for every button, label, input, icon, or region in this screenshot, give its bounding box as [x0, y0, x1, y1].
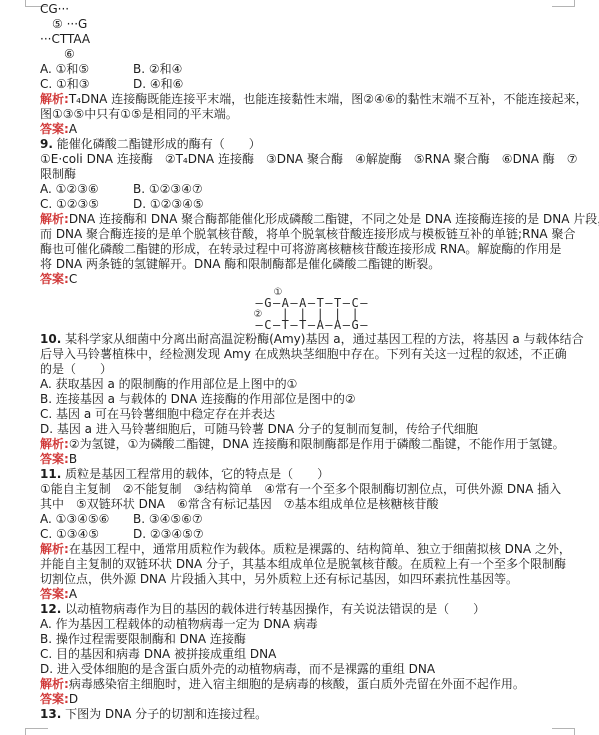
question-number: 9. — [40, 137, 53, 151]
line-text: A. 获取基因 a 的限制酶的作用部位是上图中的① — [40, 377, 297, 391]
red-label: 答案: — [40, 692, 69, 706]
text-line: 13. 下图为 DNA 分子的切割和连接过程。 — [40, 707, 585, 722]
text-line: A. ①②③⑥B. ①②③④⑦ — [40, 182, 585, 197]
text-line: 后导入马铃薯植株中，经检测发现 Amy 在成熟块茎细胞中存在。下列有关这一过程的… — [40, 347, 585, 362]
text-line: ⑤ ···G — [40, 17, 585, 32]
text-line: A. ①和⑤B. ②和④ — [40, 62, 585, 77]
line-text: ⑤ ···G — [40, 17, 87, 31]
text-line: ①能自主复制 ②不能复制 ③结构简单 ④常有一个至多个限制酶切割位点，可供外源 … — [40, 482, 585, 497]
line-text: 切割位点，供外源 DNA 片段插入其中，另外质粒上还有标记基因，如四环素抗性基因… — [40, 572, 518, 586]
option-column: C. ①和③ — [40, 77, 133, 92]
option-column: C. ①③④⑤ — [40, 527, 133, 542]
text-line: 答案:A — [40, 587, 585, 602]
text-line: 答案:B — [40, 452, 585, 467]
line-text: B. ①②③④⑦ — [133, 182, 203, 196]
text-line: 切割位点，供外源 DNA 片段插入其中，另外质粒上还有标记基因，如四环素抗性基因… — [40, 572, 585, 587]
text-line: A. 作为基因工程载体的动植物病毒一定为 DNA 病毒 — [40, 617, 585, 632]
question-number: 12. — [40, 602, 61, 616]
text-line: 限制酶 — [40, 167, 585, 182]
text-line: 并能自主复制的双链环状 DNA 分子，其基本组成单位是脱氧核苷酸。在质粒上有一个… — [40, 557, 585, 572]
text-line: B. 操作过程需要限制酶和 DNA 连接酶 — [40, 632, 585, 647]
line-text: B — [69, 452, 77, 466]
line-text: 其中 ⑤双链环状 DNA ⑥常含有标记基因 ⑦基本组成单位是核糖核苷酸 — [40, 497, 439, 511]
text-line: 而 DNA 聚合酶连接的是单个脱氧核苷酸，将单个脱氧核苷酸连接形成与模板链互补的… — [40, 227, 585, 242]
line-text: 图①③⑤中只有①⑤是相同的平末端。 — [40, 107, 238, 121]
line-text: T₄DNA 连接酶既能连接平末端，也能连接黏性末端，图②④⑥的黏性末端不互补，不… — [69, 92, 588, 106]
text-line: D. 进入受体细胞的是含蛋白质外壳的动植物病毒，而不是裸露的重组 DNA — [40, 662, 585, 677]
line-text: C. 基因 a 可在马铃薯细胞中稳定存在并表达 — [40, 407, 275, 421]
line-text: D — [69, 692, 78, 706]
red-label: 解析: — [40, 677, 69, 691]
line-text: A. 作为基因工程载体的动植物病毒一定为 DNA 病毒 — [40, 617, 318, 631]
option-column: A. ①②③⑥ — [40, 182, 133, 197]
question-number: 13. — [40, 707, 61, 721]
red-label: 答案: — [40, 452, 69, 466]
text-line: 10. 某科学家从细菌中分离出耐高温淀粉酶(Amy)基因 a，通过基因工程的方法… — [40, 332, 585, 347]
text-line: C. ①③④⑤D. ②③④⑤⑦ — [40, 527, 585, 542]
line-text: C — [69, 272, 77, 286]
line-text: D. ④和⑥ — [133, 77, 183, 91]
question-number: 10. — [40, 332, 61, 346]
line-text: D. 进入受体细胞的是含蛋白质外壳的动植物病毒，而不是裸露的重组 DNA — [40, 662, 435, 676]
line-text: 的是（ ） — [40, 362, 112, 376]
text-line: CG··· — [40, 2, 585, 17]
text-line: ①E·coli DNA 连接酶 ②T₄DNA 连接酶 ③DNA 聚合酶 ④解旋酶… — [40, 152, 585, 167]
line-text: 某科学家从细菌中分离出耐高温淀粉酶(Amy)基因 a，通过基因工程的方法，将基因… — [61, 332, 583, 346]
text-line: 图①③⑤中只有①⑤是相同的平末端。 — [40, 107, 585, 122]
text-line: 9. 能催化磷酸二酯键形成的酶有（ ） — [40, 137, 585, 152]
page-corner-mark-bottom-left — [25, 728, 48, 735]
text-line: 的是（ ） — [40, 362, 585, 377]
line-text: ⑥ — [40, 47, 75, 61]
line-text: 酶也可催化磷酸二酯键的形成，在转录过程中可将游离核糖核苷酸连接形成 RNA。解旋… — [40, 242, 561, 256]
text-line: 11. 质粒是基因工程常用的载体，它的特点是（ ） — [40, 467, 585, 482]
line-text: C. 目的基因和病毒 DNA 被拼接成重组 DNA — [40, 647, 276, 661]
line-text: A — [69, 122, 77, 136]
red-label: 答案: — [40, 587, 69, 601]
line-text: ①能自主复制 ②不能复制 ③结构简单 ④常有一个至多个限制酶切割位点，可供外源 … — [40, 482, 561, 496]
text-line: 答案:C — [40, 272, 585, 287]
line-text: B. ③④⑤⑥⑦ — [133, 512, 203, 526]
text-line: 答案:A — [40, 122, 585, 137]
option-column: A. ①和⑤ — [40, 62, 133, 77]
line-text: ②为氢键，①为磷酸二酯键，DNA 连接酶和限制酶都是作用于磷酸二酯键，不能作用于… — [69, 437, 565, 451]
line-text: 在基因工程中，通常用质粒作为载体。质粒是裸露的、结构简单、独立于细菌拟核 DNA… — [69, 542, 571, 556]
line-text: CG··· — [40, 2, 69, 16]
text-line: 解析:T₄DNA 连接酶既能连接平末端，也能连接黏性末端，图②④⑥的黏性末端不互… — [40, 92, 585, 107]
option-column: A. ①③④⑤⑥ — [40, 512, 133, 527]
line-text: 而 DNA 聚合酶连接的是单个脱氧核苷酸，将单个脱氧核苷酸连接形成与模板链互补的… — [40, 227, 575, 241]
text-line: B. 连接基因 a 与载体的 DNA 连接酶的作用部位是图中的② — [40, 392, 585, 407]
text-line: 将 DNA 两条链的氢键解开。DNA 酶和限制酶都是催化磷酸二酯键的断裂。 — [40, 257, 585, 272]
line-text: ①E·coli DNA 连接酶 ②T₄DNA 连接酶 ③DNA 聚合酶 ④解旋酶… — [40, 152, 578, 166]
text-line: A. 获取基因 a 的限制酶的作用部位是上图中的① — [40, 377, 585, 392]
line-text: 病毒感染宿主细胞时，进入宿主细胞的是病毒的核酸，蛋白质外壳留在外面不起作用。 — [69, 677, 525, 691]
text-line: 答案:D — [40, 692, 585, 707]
line-text: B. 操作过程需要限制酶和 DNA 连接酶 — [40, 632, 246, 646]
question-block-upper: CG··· ⑤ ···G···CTTAA ⑥A. ①和⑤B. ②和④C. ①和③… — [40, 2, 585, 287]
document-page: CG··· ⑤ ···G···CTTAA ⑥A. ①和⑤B. ②和④C. ①和③… — [40, 2, 585, 722]
line-text: D. 基因 a 进入马铃薯细胞后，可随马铃薯 DNA 分子的复制而复制，传给子代… — [40, 422, 478, 436]
line-text: A — [69, 587, 77, 601]
red-label: 解析: — [40, 437, 69, 451]
line-text: D. ②③④⑤⑦ — [133, 527, 204, 541]
text-line: C. 目的基因和病毒 DNA 被拼接成重组 DNA — [40, 647, 585, 662]
text-line: ···CTTAA — [40, 32, 585, 47]
red-label: 解析: — [40, 542, 69, 556]
text-line: 解析:②为氢键，①为磷酸二酯键，DNA 连接酶和限制酶都是作用于磷酸二酯键，不能… — [40, 437, 585, 452]
dna-bottom-strand: —C—T—T—A—A—G— — [256, 320, 369, 331]
question-number: 11. — [40, 467, 61, 481]
text-line: 解析:病毒感染宿主细胞时，进入宿主细胞的是病毒的核酸，蛋白质外壳留在外面不起作用… — [40, 677, 585, 692]
dna-diagram: ① ② —G—A—A—T—T—C— | | | | | —C—T—T—A—A—G… — [248, 288, 378, 332]
text-line: 12. 以动植物病毒作为目的基因的载体进行转基因操作，有关说法错误的是（ ） — [40, 602, 585, 617]
red-label: 答案: — [40, 122, 69, 136]
text-line: 其中 ⑤双链环状 DNA ⑥常含有标记基因 ⑦基本组成单位是核糖核苷酸 — [40, 497, 585, 512]
line-text: B. ②和④ — [133, 62, 182, 76]
question-block-lower: 10. 某科学家从细菌中分离出耐高温淀粉酶(Amy)基因 a，通过基因工程的方法… — [40, 332, 585, 722]
line-text: 将 DNA 两条链的氢键解开。DNA 酶和限制酶都是催化磷酸二酯键的断裂。 — [40, 257, 440, 271]
text-line: 解析:在基因工程中，通常用质粒作为载体。质粒是裸露的、结构简单、独立于细菌拟核 … — [40, 542, 585, 557]
text-line: C. 基因 a 可在马铃薯细胞中稳定存在并表达 — [40, 407, 585, 422]
text-line: C. ①和③D. ④和⑥ — [40, 77, 585, 92]
text-line: 解析:DNA 连接酶和 DNA 聚合酶都能催化形成磷酸二酯键，不同之处是 DNA… — [40, 212, 585, 227]
text-line: ⑥ — [40, 47, 585, 62]
option-column: C. ①②③⑤ — [40, 197, 133, 212]
red-label: 解析: — [40, 92, 69, 106]
line-text: 质粒是基因工程常用的载体，它的特点是（ ） — [61, 467, 329, 481]
text-line: D. 基因 a 进入马铃薯细胞后，可随马铃薯 DNA 分子的复制而复制，传给子代… — [40, 422, 585, 437]
line-text: DNA 连接酶和 DNA 聚合酶都能催化形成磷酸二酯键，不同之处是 DNA 连接… — [69, 212, 599, 226]
line-text: D. ①②③④⑤ — [133, 197, 204, 211]
line-text: 并能自主复制的双链环状 DNA 分子，其基本组成单位是脱氧核苷酸。在质粒上有一个… — [40, 557, 566, 571]
red-label: 解析: — [40, 212, 69, 226]
line-text: 能催化磷酸二酯键形成的酶有（ ） — [53, 137, 261, 151]
page-corner-mark-bottom-right — [552, 728, 575, 735]
line-text: 后导入马铃薯植株中，经检测发现 Amy 在成熟块茎细胞中存在。下列有关这一过程的… — [40, 347, 567, 361]
line-text: 下图为 DNA 分子的切割和连接过程。 — [61, 707, 267, 721]
text-line: C. ①②③⑤D. ①②③④⑤ — [40, 197, 585, 212]
line-text: 限制酶 — [40, 167, 76, 181]
red-label: 答案: — [40, 272, 69, 286]
line-text: 以动植物病毒作为目的基因的载体进行转基因操作，有关说法错误的是（ ） — [61, 602, 485, 616]
text-line: 酶也可催化磷酸二酯键的形成，在转录过程中可将游离核糖核苷酸连接形成 RNA。解旋… — [40, 242, 585, 257]
text-line: A. ①③④⑤⑥B. ③④⑤⑥⑦ — [40, 512, 585, 527]
line-text: ···CTTAA — [40, 32, 90, 46]
line-text: B. 连接基因 a 与载体的 DNA 连接酶的作用部位是图中的② — [40, 392, 356, 406]
dna-strands: —G—A—A—T—T—C— | | | | | —C—T—T—A—A—G— — [256, 298, 369, 331]
